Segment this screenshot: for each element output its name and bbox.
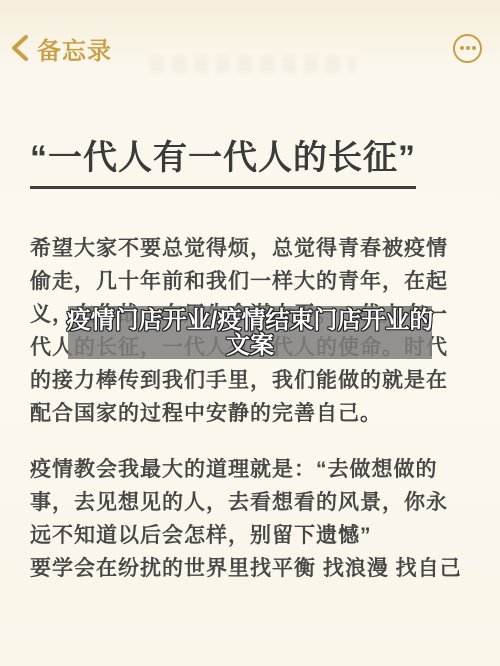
ellipsis-dot (472, 46, 476, 50)
memo-note-page: 备忘录 “一代人有一代人的长征” 希望大家不要总觉得烦，总觉得青春被疫情 偷走，… (0, 0, 500, 666)
ellipsis-dot (460, 46, 464, 50)
overlay-watermark: 疫情门店开业/疫情结束门店开业的 文案 (68, 306, 432, 359)
back-button[interactable]: 备忘录 (10, 31, 112, 66)
overlay-watermark-line: 疫情门店开业/疫情结束门店开业的 (67, 308, 434, 333)
more-options-button[interactable] (453, 34, 482, 63)
faint-watermark (150, 56, 356, 73)
note-title: “一代人有一代人的长征” (30, 130, 416, 189)
chevron-left-icon (10, 34, 30, 62)
back-button-label: 备忘录 (37, 31, 112, 66)
note-paragraph: 疫情教会我最大的道理就是：“去做想做的 事，去见想见的人，去看想看的风景，你永 … (30, 453, 475, 585)
overlay-watermark-line: 文案 (226, 333, 274, 358)
ellipsis-dot (466, 46, 470, 50)
